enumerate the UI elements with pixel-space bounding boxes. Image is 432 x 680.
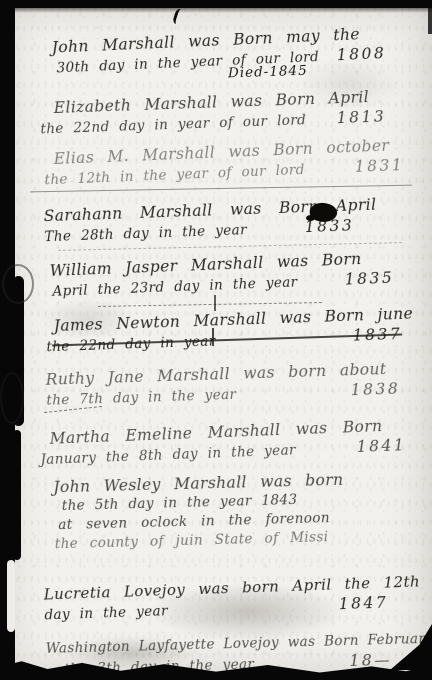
left-edge-notch [7, 560, 15, 632]
record-year: 1841 [356, 435, 406, 457]
record-entry: Sarahann Marshall was Born April The 28t… [43, 194, 400, 247]
record-year: 1813 [336, 106, 386, 128]
record-year: 1835 [344, 268, 394, 290]
record-entry: Ruthy Jane Marshall was born about the 7… [45, 358, 412, 410]
record-entry: Lucretia Lovejoy was born April the 12th… [43, 572, 416, 626]
ruled-line [98, 302, 322, 307]
tick-mark [212, 328, 214, 346]
scanned-register-page: John Marshall was Born may the 30th day … [0, 0, 432, 680]
record-entry: Martha Emeline Marshall was Born January… [39, 415, 412, 470]
embossed-seal [2, 264, 34, 304]
record-entry: William Jasper Marshall was Born April t… [49, 247, 410, 302]
death-annotation: Died-1845 [228, 63, 308, 82]
record-entry: Elizabeth Marshall was Born April the 22… [39, 86, 412, 140]
record-line: day in the year [44, 601, 168, 625]
ink-blot [306, 215, 315, 221]
record-entry: John Wesley Marshall was born the 5th da… [53, 470, 385, 555]
top-edge-shadow [0, 8, 432, 13]
record-year: 1847 [338, 592, 388, 614]
top-edge [0, 0, 432, 8]
tick-mark [214, 295, 216, 311]
record-year: 1808 [336, 43, 386, 65]
record-year: 1838 [350, 379, 400, 401]
left-edge-bump [13, 430, 21, 560]
record-entry: Elias M. Marshall was Born october the 1… [43, 135, 412, 191]
embossed-seal [0, 372, 24, 424]
record-year: 1831 [354, 155, 404, 177]
